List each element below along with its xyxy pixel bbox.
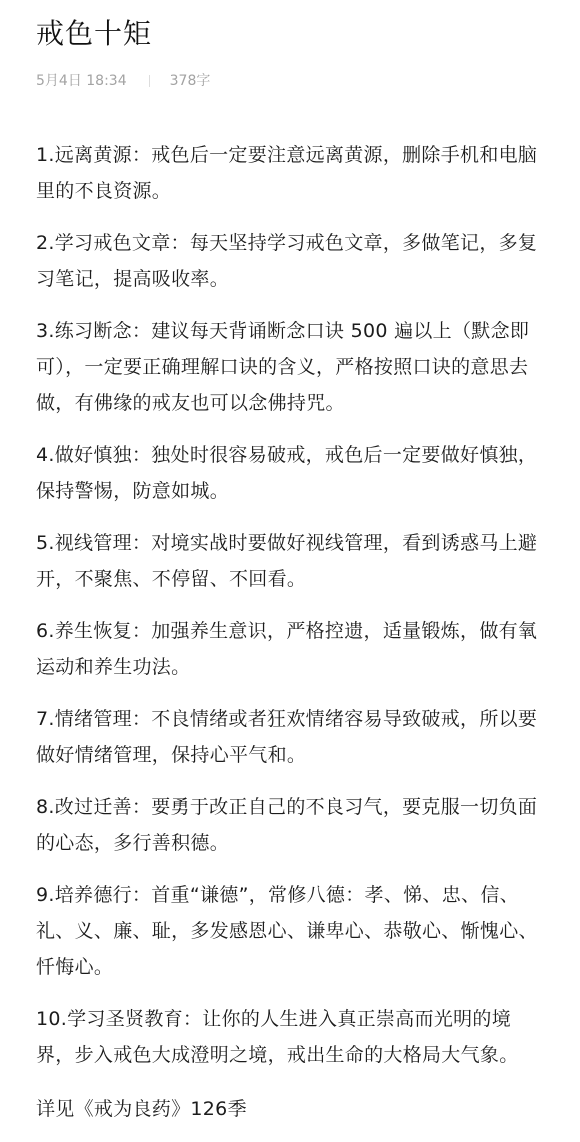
meta-divider xyxy=(149,75,150,87)
list-item: 2.学习戒色文章：每天坚持学习戒色文章，多做笔记，多复习笔记，提高吸收率。 xyxy=(36,225,548,297)
list-item: 3.练习断念：建议每天背诵断念口诀 500 遍以上（默念即可），一定要正确理解口… xyxy=(36,313,548,421)
list-item: 6.养生恢复：加强养生意识，严格控遗，适量锻炼，做有氧运动和养生功法。 xyxy=(36,613,548,685)
note-page: 戒色十矩 5月4日 18:34 378字 1.远离黄源：戒色后一定要注意远离黄源… xyxy=(0,0,580,1142)
reference-footer: 详见《戒为良药》126季 xyxy=(36,1091,548,1127)
note-date: 5月4日 18:34 xyxy=(36,70,127,92)
list-item: 1.远离黄源：戒色后一定要注意远离黄源，删除手机和电脑里的不良资源。 xyxy=(36,137,548,209)
list-item: 9.培养德行：首重“谦德”，常修八德：孝、悌、忠、信、礼、义、廉、耻，多发感恩心… xyxy=(36,877,548,985)
list-item: 4.做好慎独：独处时很容易破戒，戒色后一定要做好慎独，保持警惕，防意如城。 xyxy=(36,437,548,509)
list-item: 8.改过迁善：要勇于改正自己的不良习气，要克服一切负面的心态，多行善积德。 xyxy=(36,789,548,861)
list-item: 5.视线管理：对境实战时要做好视线管理，看到诱惑马上避开，不聚焦、不停留、不回看… xyxy=(36,525,548,597)
list-item: 7.情绪管理：不良情绪或者狂欢情绪容易导致破戒，所以要做好情绪管理，保持心平气和… xyxy=(36,701,548,773)
note-title[interactable]: 戒色十矩 xyxy=(36,16,152,52)
list-item: 10.学习圣贤教育：让你的人生进入真正崇高而光明的境界，步入戒色大成澄明之境，戒… xyxy=(36,1001,548,1073)
note-body[interactable]: 1.远离黄源：戒色后一定要注意远离黄源，删除手机和电脑里的不良资源。 2.学习戒… xyxy=(36,137,548,1142)
word-count: 378字 xyxy=(170,70,211,92)
note-meta: 5月4日 18:34 378字 xyxy=(36,70,210,92)
